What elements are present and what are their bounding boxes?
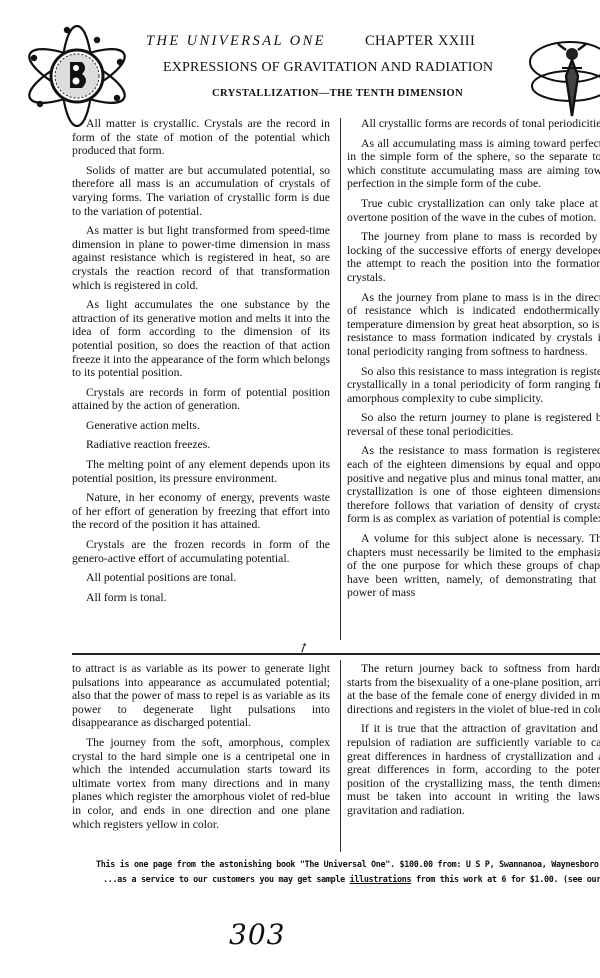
paragraph: The melting point of any element depends… [72, 458, 330, 485]
section-title: CRYSTALLIZATION—THE TENTH DIMENSION [212, 88, 463, 99]
lower-right-column: The return journey back to softness from… [347, 662, 600, 824]
upper-right-column: All crystallic forms are records of tona… [347, 117, 600, 606]
chapter-number: CHAPTER XXIII [365, 33, 475, 49]
footer-underlined-text: illustrations [350, 874, 412, 884]
paragraph: True cubic crystallization can only take… [347, 197, 600, 224]
chapter-title: EXPRESSIONS OF GRAVITATION AND RADIATION [163, 60, 493, 76]
figure-in-orbits-icon [522, 28, 600, 120]
paragraph: If it is true that the attraction of gra… [347, 722, 600, 817]
paragraph: All form is tonal. [72, 591, 330, 605]
paragraph: Crystals are the frozen records in form … [72, 538, 330, 565]
running-header: THE UNIVERSAL ONE CHAPTER XXIII [146, 33, 475, 50]
atom-emblem-icon [22, 18, 132, 128]
paragraph: As the resistance to mass formation is r… [347, 444, 600, 526]
paragraph: As light accumulates the one substance b… [72, 298, 330, 380]
paragraph: A volume for this subject alone is neces… [347, 532, 600, 600]
column-divider [340, 660, 341, 852]
book-title: THE UNIVERSAL ONE [146, 33, 326, 49]
paragraph: Radiative reaction freezes. [72, 438, 330, 452]
paragraph: As the journey from plane to mass is in … [347, 291, 600, 359]
footer-text: ...as a service to our customers you may… [103, 874, 350, 884]
paragraph: Nature, in her economy of energy, preven… [72, 491, 330, 532]
paragraph: to attract is as variable as its power t… [72, 662, 330, 730]
paragraph: The journey from the soft, amorphous, co… [72, 736, 330, 831]
paragraph: All crystallic forms are records of tona… [347, 117, 600, 131]
footer-text: from this work at 6 for $1.00. (see our … [411, 874, 600, 884]
paragraph: Generative action melts. [72, 419, 330, 433]
paragraph: So also this resistance to mass integrat… [347, 365, 600, 406]
paragraph: Crystals are records in form of potentia… [72, 386, 330, 413]
paragraph: Solids of matter are but accumulated pot… [72, 164, 330, 218]
paragraph: As all accumulating mass is aiming towar… [347, 137, 600, 191]
paragraph: All potential positions are tonal. [72, 571, 330, 585]
lower-left-column: to attract is as variable as its power t… [72, 662, 330, 837]
footer-note-line-2: ...as a service to our customers you may… [103, 874, 600, 884]
page-number: 303 [229, 918, 285, 951]
upper-left-column: All matter is crystallic. Crystals are t… [72, 117, 330, 610]
paragraph: All matter is crystallic. Crystals are t… [72, 117, 330, 158]
column-divider [340, 118, 341, 640]
paragraph: As matter is but light transformed from … [72, 224, 330, 292]
paragraph: So also the return journey to plane is r… [347, 411, 600, 438]
paragraph: The journey from plane to mass is record… [347, 230, 600, 284]
horizontal-divider [72, 653, 600, 655]
footer-note-line-1: This is one page from the astonishing bo… [96, 859, 600, 869]
paragraph: The return journey back to softness from… [347, 662, 600, 716]
